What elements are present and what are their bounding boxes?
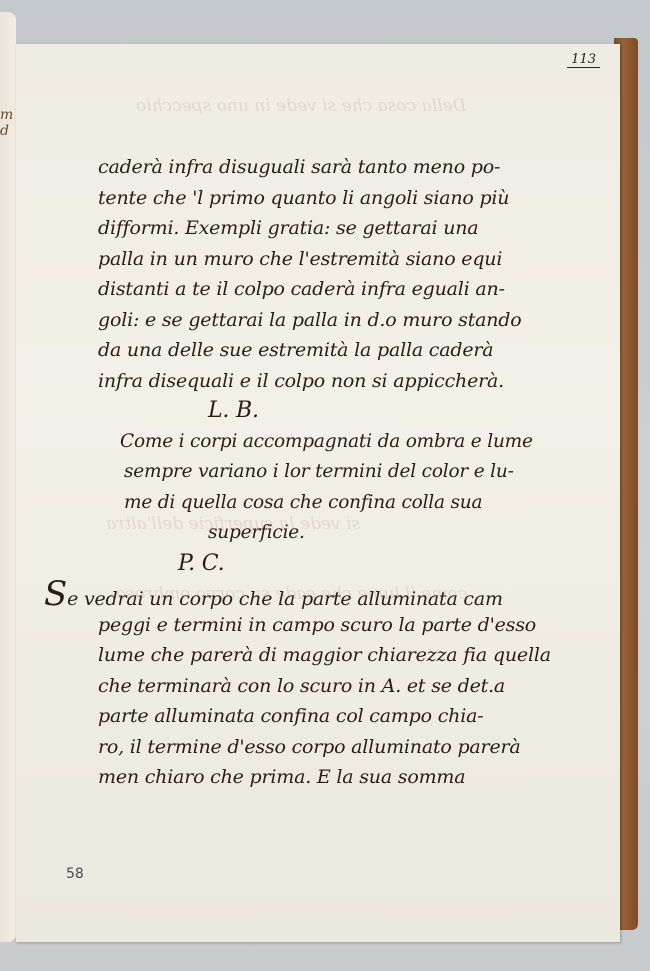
title-line: Come i corpi accompagnati da ombra e lum…	[98, 427, 538, 458]
text-line: tente che 'l primo quanto li angoli sian…	[98, 183, 538, 214]
title-line: superficie.	[98, 518, 538, 549]
manuscript-page: 113 Della cosa che si vede in uno specch…	[16, 44, 620, 942]
title-line: sempre variano i lor termini del color e…	[98, 457, 538, 488]
paragraph-1: caderà infra disuguali sarà tanto meno p…	[98, 152, 538, 396]
text-line: Se vedrai un corpo che la parte allumina…	[44, 579, 538, 610]
section-title: Come i corpi accompagnati da ombra e lum…	[98, 427, 538, 549]
pencil-page-number: 58	[66, 866, 84, 882]
text-line: goli: e se gettarai la palla in d.o muro…	[98, 305, 538, 336]
text-line: palla in un muro che l'estremità siano e…	[98, 244, 538, 275]
decorated-initial: S	[44, 574, 67, 614]
section-mark: L. B.	[98, 396, 538, 427]
folio-number: 113	[567, 52, 600, 68]
text-line: da una delle sue estremità la palla cade…	[98, 335, 538, 366]
section-mark: P. C.	[98, 549, 538, 580]
text-line: men chiaro che prima. E la sua somma	[98, 762, 538, 793]
text-line-rest: e vedrai un corpo che la parte alluminat…	[67, 588, 503, 610]
bleed-through-text: Della cosa che si vede in uno specchio	[136, 96, 466, 116]
text-line: lume che parerà di maggior chiarezza fia…	[98, 640, 538, 671]
text-line: parte alluminata confina col campo chia-	[98, 701, 538, 732]
text-line: difformi. Exempli gratia: se gettarai un…	[98, 213, 538, 244]
text-line: distanti a te il colpo caderà infra egua…	[98, 274, 538, 305]
facing-page-ink-fragment: m d	[0, 107, 16, 139]
manuscript-text: caderà infra disuguali sarà tanto meno p…	[98, 152, 538, 793]
text-line: ro, il termine d'esso corpo alluminato p…	[98, 732, 538, 763]
text-line: peggi e termini in campo scuro la parte …	[98, 610, 538, 641]
text-line: infra disequali e il colpo non si appicc…	[98, 366, 538, 397]
paragraph-2: Se vedrai un corpo che la parte allumina…	[98, 579, 538, 793]
facing-page-edge: m d	[0, 12, 16, 942]
text-line: che terminarà con lo scuro in A. et se d…	[98, 671, 538, 702]
title-line: me di quella cosa che confina colla sua	[98, 488, 538, 519]
text-line: caderà infra disuguali sarà tanto meno p…	[98, 152, 538, 183]
